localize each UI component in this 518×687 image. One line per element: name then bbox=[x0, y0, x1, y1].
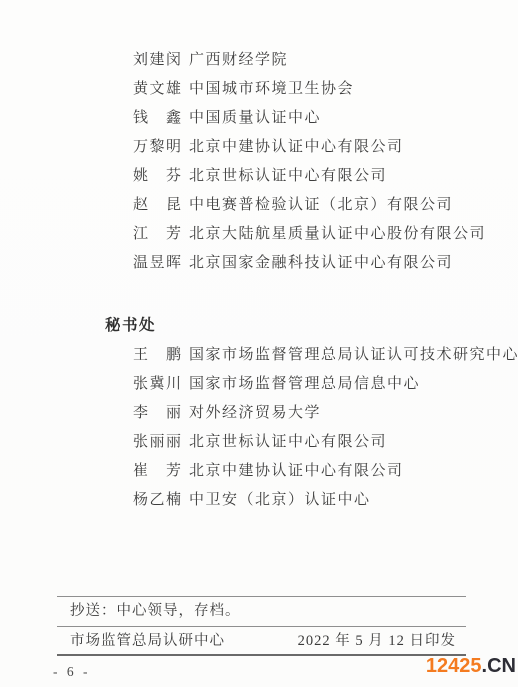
secretariat-member-name: 张冀川 bbox=[133, 370, 189, 399]
member-row: 温昱晖 北京国家金融科技认证中心有限公司 bbox=[133, 249, 518, 278]
watermark-prefix: 12425 bbox=[426, 655, 482, 677]
copy-to-line: 抄送：中心领导，存档。 bbox=[57, 597, 466, 626]
secretariat-member-organization: 北京中建协认证中心有限公司 bbox=[189, 457, 518, 486]
member-organization: 中电赛普检验认证（北京）有限公司 bbox=[189, 191, 518, 220]
member-row: 钱 鑫 中国质量认证中心 bbox=[133, 104, 518, 133]
footer-bottom-rule bbox=[57, 654, 466, 656]
secretariat-member-name: 杨乙楠 bbox=[133, 486, 189, 515]
member-row: 黄文雄 中国城市环境卫生协会 bbox=[133, 75, 518, 104]
member-organization: 北京中建协认证中心有限公司 bbox=[189, 133, 518, 162]
member-row: 江 芳 北京大陆航星质量认证中心股份有限公司 bbox=[133, 220, 518, 249]
member-list: 刘建闵 广西财经学院 黄文雄 中国城市环境卫生协会 钱 鑫 中国质量认证中心 万… bbox=[133, 0, 518, 278]
page-number: - 6 - bbox=[53, 664, 91, 680]
secretariat-member-organization: 中卫安（北京）认证中心 bbox=[189, 486, 518, 515]
secretariat-member-organization: 国家市场监督管理总局信息中心 bbox=[189, 370, 518, 399]
member-name: 钱 鑫 bbox=[133, 104, 189, 133]
secretariat-member-name: 王 鹏 bbox=[133, 341, 189, 370]
print-date: 2022 年 5 月 12 日印发 bbox=[298, 631, 456, 651]
member-name: 温昱晖 bbox=[133, 249, 189, 278]
secretariat-member-organization: 对外经济贸易大学 bbox=[189, 399, 518, 428]
secretariat-row: 张丽丽 北京世标认证中心有限公司 bbox=[133, 428, 518, 457]
secretariat-row: 张冀川 国家市场监督管理总局信息中心 bbox=[133, 370, 518, 399]
secretariat-list: 王 鹏 国家市场监督管理总局认证认可技术研究中心 张冀川 国家市场监督管理总局信… bbox=[133, 341, 518, 515]
secretariat-member-organization: 国家市场监督管理总局认证认可技术研究中心 bbox=[189, 341, 518, 370]
secretariat-row: 王 鹏 国家市场监督管理总局认证认可技术研究中心 bbox=[133, 341, 518, 370]
member-name: 刘建闵 bbox=[133, 46, 189, 75]
member-organization: 北京大陆航星质量认证中心股份有限公司 bbox=[189, 220, 518, 249]
member-row: 姚 芬 北京世标认证中心有限公司 bbox=[133, 162, 518, 191]
member-name: 赵 昆 bbox=[133, 191, 189, 220]
site-watermark: 12425.CN bbox=[426, 655, 516, 678]
member-organization: 广西财经学院 bbox=[189, 46, 518, 75]
document-footer: 抄送：中心领导，存档。 市场监管总局认研中心 2022 年 5 月 12 日印发 bbox=[57, 596, 466, 656]
document-page: 刘建闵 广西财经学院 黄文雄 中国城市环境卫生协会 钱 鑫 中国质量认证中心 万… bbox=[0, 0, 518, 687]
secretariat-row: 杨乙楠 中卫安（北京）认证中心 bbox=[133, 486, 518, 515]
issuer-row: 市场监管总局认研中心 2022 年 5 月 12 日印发 bbox=[57, 627, 466, 654]
secretariat-heading: 秘书处 bbox=[105, 311, 518, 340]
member-organization: 中国城市环境卫生协会 bbox=[189, 75, 518, 104]
secretariat-member-name: 张丽丽 bbox=[133, 428, 189, 457]
member-organization: 北京世标认证中心有限公司 bbox=[189, 162, 518, 191]
secretariat-member-name: 李 丽 bbox=[133, 399, 189, 428]
member-name: 江 芳 bbox=[133, 220, 189, 249]
member-organization: 中国质量认证中心 bbox=[189, 104, 518, 133]
member-name: 黄文雄 bbox=[133, 75, 189, 104]
member-name: 姚 芬 bbox=[133, 162, 189, 191]
secretariat-row: 李 丽 对外经济贸易大学 bbox=[133, 399, 518, 428]
issuing-office: 市场监管总局认研中心 bbox=[70, 631, 225, 651]
member-name: 万黎明 bbox=[133, 133, 189, 162]
member-row: 刘建闵 广西财经学院 bbox=[133, 46, 518, 75]
watermark-suffix: .CN bbox=[482, 655, 516, 677]
member-organization: 北京国家金融科技认证中心有限公司 bbox=[189, 249, 518, 278]
secretariat-member-name: 崔 芳 bbox=[133, 457, 189, 486]
secretariat-member-organization: 北京世标认证中心有限公司 bbox=[189, 428, 518, 457]
member-row: 万黎明 北京中建协认证中心有限公司 bbox=[133, 133, 518, 162]
secretariat-row: 崔 芳 北京中建协认证中心有限公司 bbox=[133, 457, 518, 486]
member-row: 赵 昆 中电赛普检验认证（北京）有限公司 bbox=[133, 191, 518, 220]
